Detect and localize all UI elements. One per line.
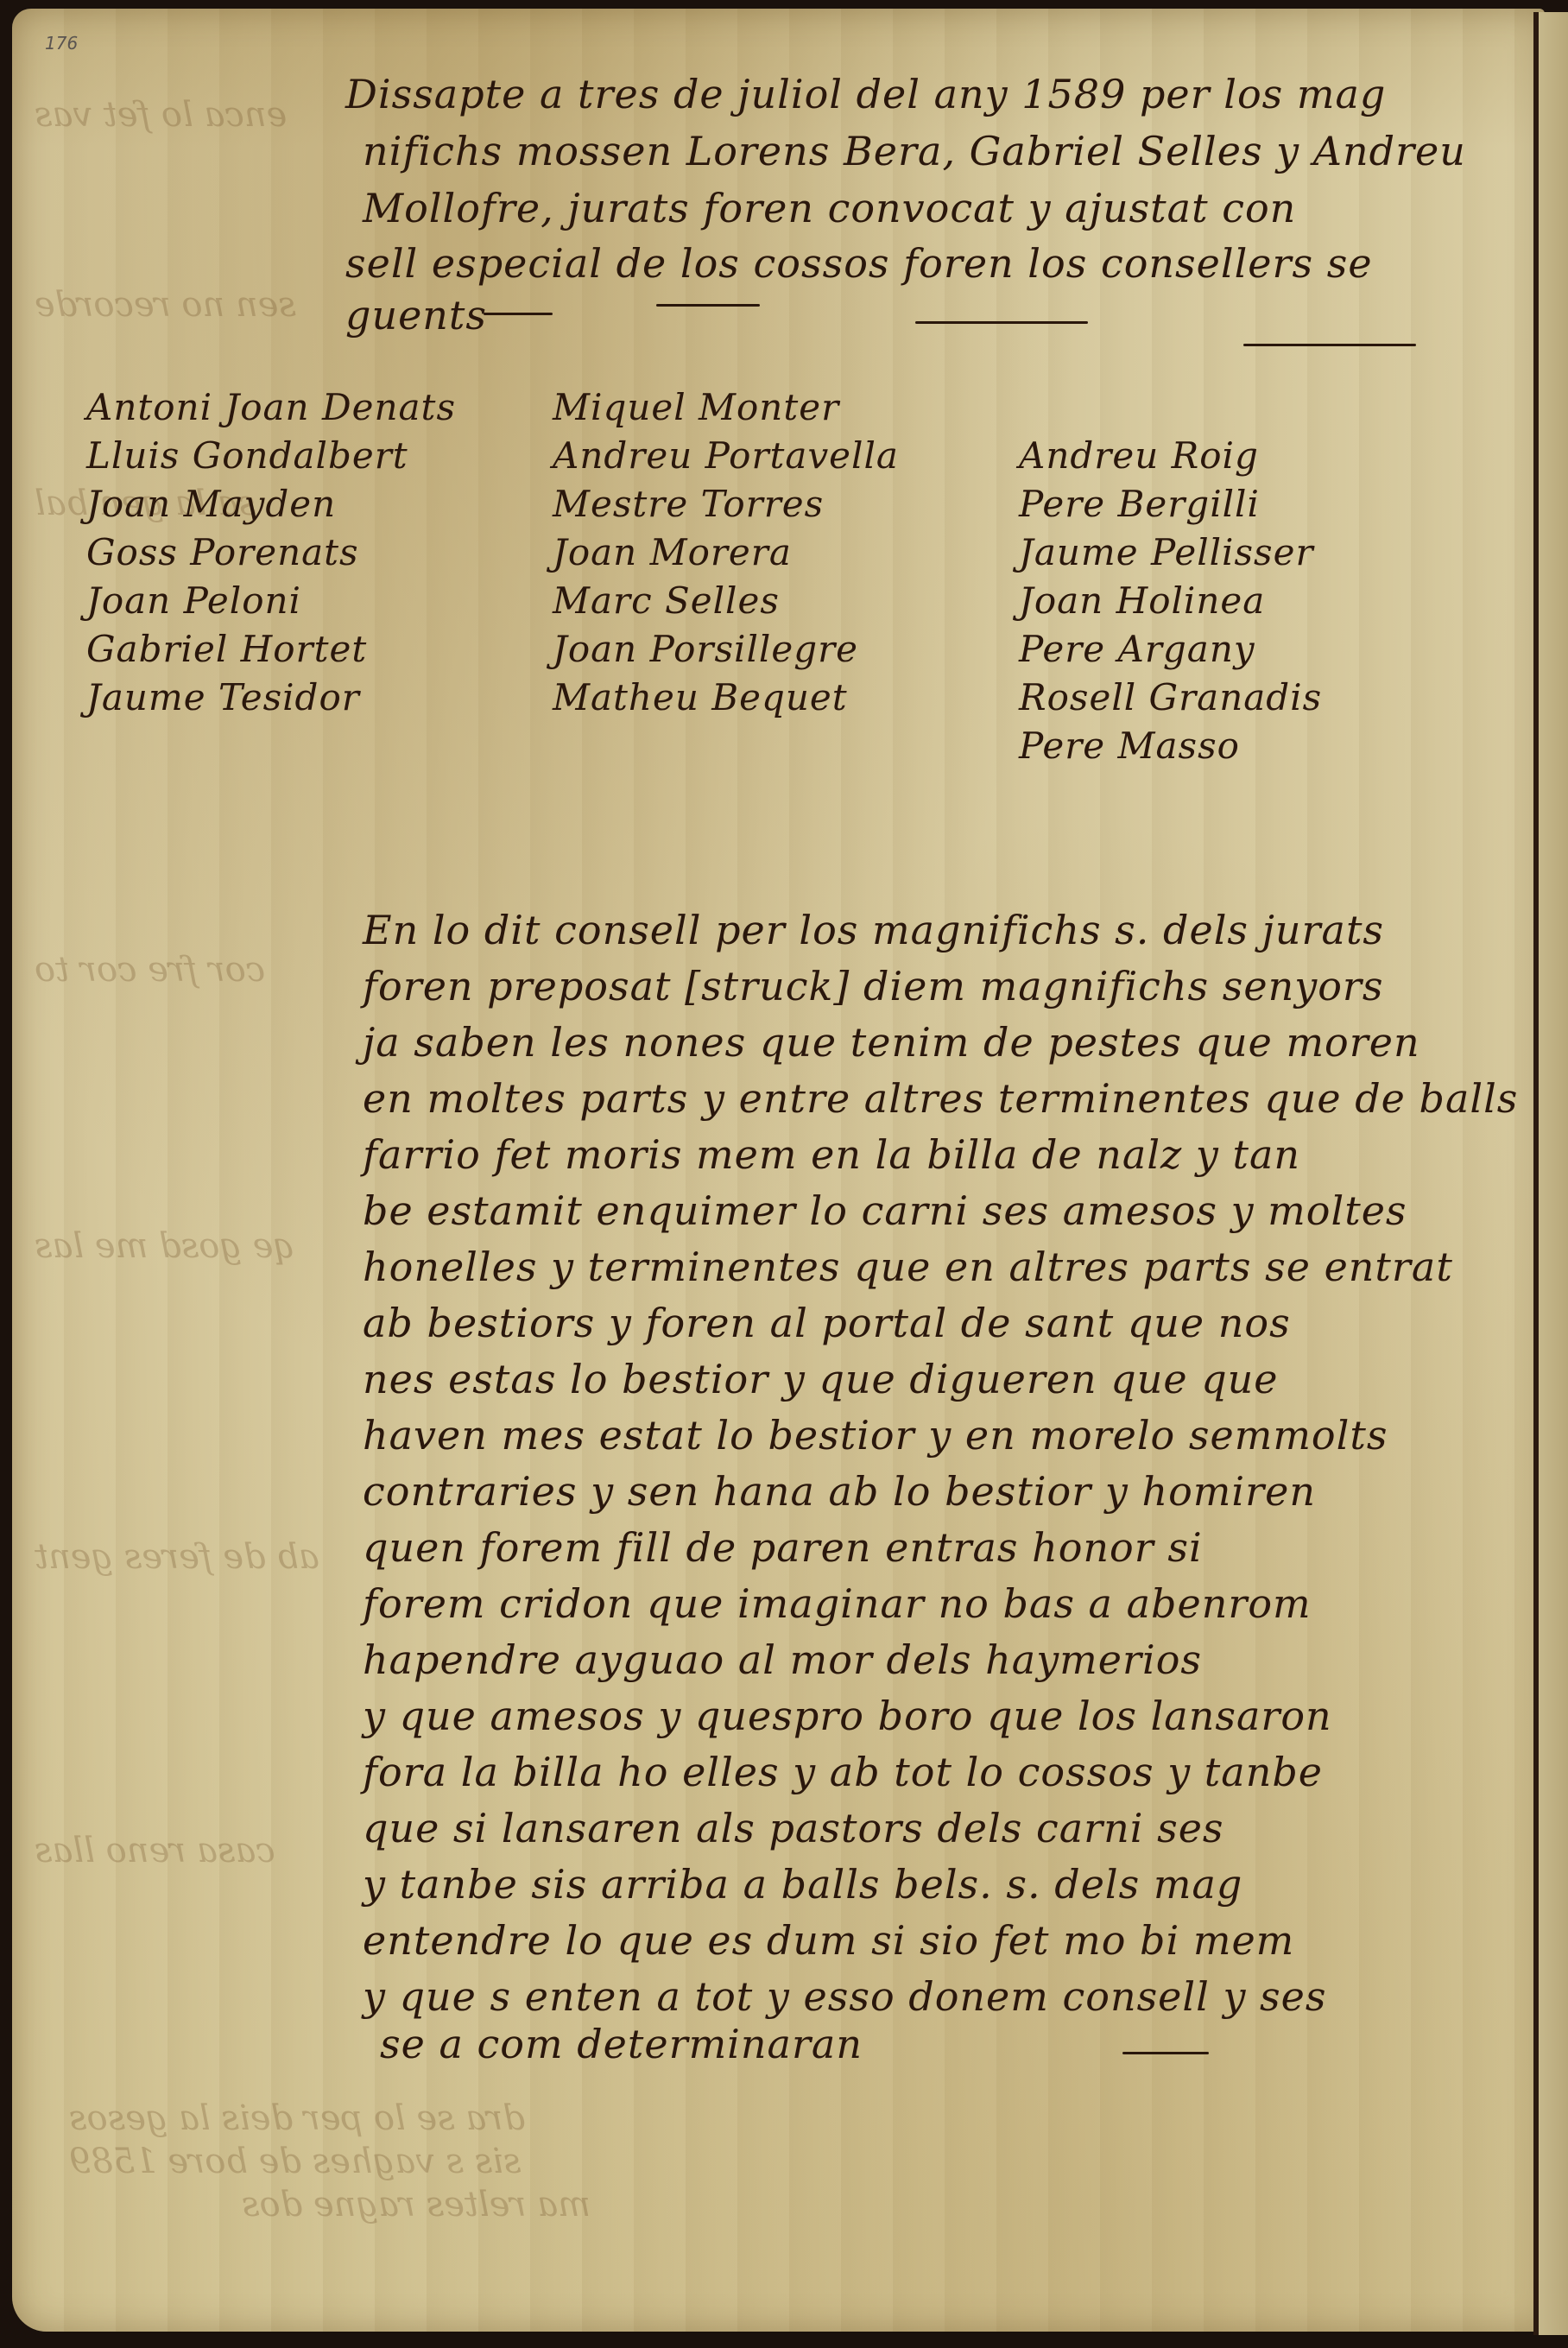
bleed-through-text: enca lo fet vas (35, 95, 287, 135)
councillor-name: Pere Argany (1019, 628, 1433, 670)
body-line: farrio fet moris mem en la billa de nalz… (363, 1131, 1300, 1178)
bleed-through-text: qe gosd me las (35, 1226, 295, 1266)
body-line: y que s enten a tot y esso donem consell… (363, 1973, 1327, 2020)
councillor-name: Miquel Monter (553, 386, 1019, 428)
councillor-name: Joan Holinea (1019, 579, 1433, 622)
body-line: forem cridon que imaginar no bas a abenr… (363, 1580, 1312, 1627)
names-row: Jaume Tesidor Matheu Bequet Rosell Grana… (86, 670, 1433, 718)
body-line: En lo dit consell per los magnifichs s. … (363, 907, 1384, 953)
names-row: Goss Porenats Joan Morera Jaume Pellisse… (86, 525, 1433, 573)
body-line: contraries y sen hana ab lo bestior y ho… (363, 1468, 1316, 1515)
body-line: se a com determinaran (380, 2021, 863, 2067)
councillor-name: Joan Morera (553, 531, 1019, 573)
bleed-through-text: sen no recorde (35, 285, 296, 325)
body-line: foren preposat [struck] diem magnifichs … (363, 963, 1384, 1009)
councillor-name: Jaume Tesidor (86, 676, 553, 718)
councillor-name: Mestre Torres (553, 483, 1019, 525)
body-line: entendre lo que es dum si sio fet mo bi … (363, 1917, 1294, 1964)
header-line: nifichs mossen Lorens Bera, Gabriel Sell… (363, 128, 1466, 174)
header-line: sell especial de los cossos foren los co… (345, 240, 1373, 287)
names-row: Lluis Gondalbert Andreu Portavella Andre… (86, 428, 1433, 477)
councillor-name: Joan Porsillegre (553, 628, 1019, 670)
names-row: Antoni Joan Denats Miquel Monter (86, 380, 1433, 428)
bleed-through-text: ma reltes ragne dos (242, 2185, 591, 2225)
header-line: guents (345, 292, 487, 339)
body-line: en moltes parts y entre altres terminent… (363, 1075, 1518, 1122)
folio-number: 176 (45, 33, 78, 54)
councillor-name: Pere Bergilli (1019, 483, 1433, 525)
bleed-through-text: sis s vaghes de bore 1589 (69, 2142, 522, 2181)
bleed-through-text: cor fre cor to (35, 950, 265, 990)
councillor-name: Pere Masso (1019, 725, 1433, 767)
names-row: Joan Peloni Marc Selles Joan Holinea (86, 573, 1433, 622)
councillor-name: Jaume Pellisser (1019, 531, 1433, 573)
body-line: haven mes estat lo bestior y en morelo s… (363, 1412, 1388, 1459)
flourish-line (1243, 344, 1416, 346)
names-row: Joan Mayden Mestre Torres Pere Bergilli (86, 477, 1433, 525)
flourish-line (915, 321, 1088, 324)
body-line: que si lansaren als pastors dels carni s… (363, 1805, 1224, 1851)
names-row: Pere Masso (86, 718, 1433, 767)
body-line: be estamit enquimer lo carni ses amesos … (363, 1187, 1407, 1234)
councillor-name: Goss Porenats (86, 531, 553, 573)
councillor-name: Joan Peloni (86, 579, 553, 622)
councillor-name: Gabriel Hortet (86, 628, 553, 670)
body-line: ab bestiors y foren al portal de sant qu… (363, 1300, 1291, 1346)
bleed-through-text: dra se lo per deis la gesos (69, 2098, 525, 2138)
councillor-name: Joan Mayden (86, 483, 553, 525)
councillor-name: Antoni Joan Denats (86, 386, 553, 428)
flourish-line (656, 304, 760, 307)
body-line: honelles y terminentes que en altres par… (363, 1244, 1453, 1290)
adjacent-page-strip (1539, 12, 1568, 2335)
flourish-line (1122, 2052, 1209, 2054)
header-line: Mollofre, jurats foren convocat y ajusta… (363, 185, 1296, 231)
body-line: y tanbe sis arriba a balls bels. s. dels… (363, 1861, 1242, 1908)
flourish-line (484, 313, 553, 315)
councillor-name: Marc Selles (553, 579, 1019, 622)
councillor-name: Lluis Gondalbert (86, 434, 553, 477)
header-line: Dissapte a tres de juliol del any 1589 p… (345, 71, 1386, 117)
body-line: nes estas lo bestior y que digueren que … (363, 1356, 1279, 1402)
body-line: fora la billa ho elles y ab tot lo cosso… (363, 1749, 1323, 1795)
names-row: Gabriel Hortet Joan Porsillegre Pere Arg… (86, 622, 1433, 670)
councillor-name: Andreu Portavella (553, 434, 1019, 477)
body-line: y que amesos y quespro boro que los lans… (363, 1693, 1332, 1739)
bleed-through-text: casa reno llas (35, 1831, 275, 1870)
body-line: ja saben les nones que tenim de pestes q… (363, 1019, 1420, 1066)
councillor-name: Rosell Granadis (1019, 676, 1433, 718)
body-line: hapendre ayguao al mor dels haymerios (363, 1636, 1202, 1683)
body-line: quen forem fill de paren entras honor si (363, 1524, 1203, 1571)
councillor-name: Andreu Roig (1019, 434, 1433, 477)
bleed-through-text: ab de feres gent (35, 1537, 319, 1577)
councillors-list: Antoni Joan Denats Miquel Monter Lluis G… (86, 380, 1433, 767)
councillor-name: Matheu Bequet (553, 676, 1019, 718)
